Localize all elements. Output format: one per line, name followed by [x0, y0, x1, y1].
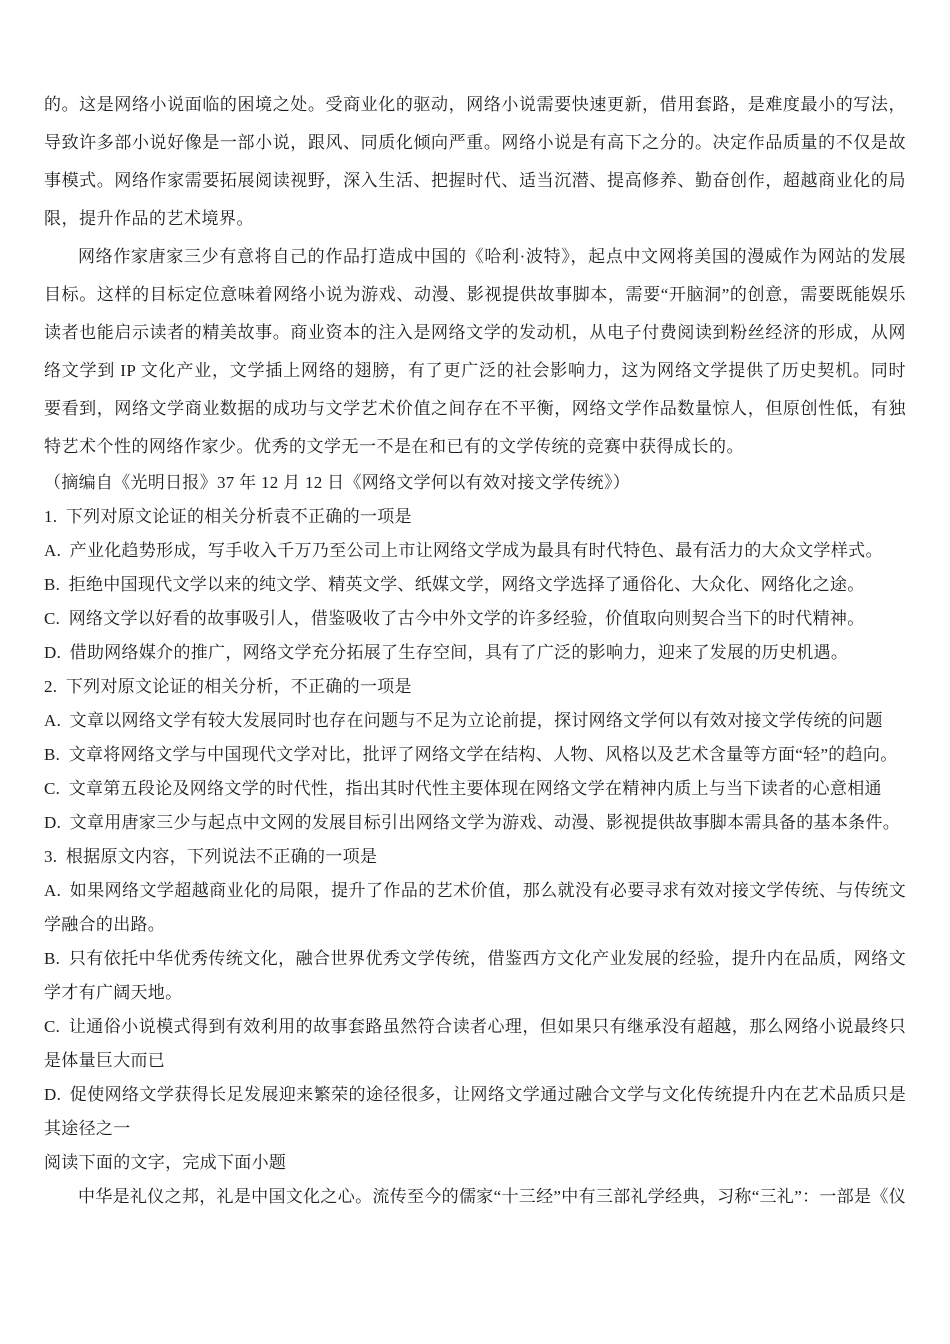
question-2-option-a: A.文章以网络文学有较大发展同时也存在问题与不足为立论前提，探讨网络文学何以有效… — [44, 704, 906, 738]
option-label: B. — [44, 575, 60, 594]
document-page: 的。这是网络小说面临的困境之处。受商业化的驱动，网络小说需要快速更新，借用套路，… — [0, 0, 950, 1344]
option-text: 如果网络文学超越商业化的局限，提升了作品的艺术价值，那么就没有必要寻求有效对接文… — [44, 881, 906, 934]
option-label: A. — [44, 881, 61, 900]
question-3-number: 3. — [44, 847, 57, 866]
option-text: 让通俗小说模式得到有效利用的故事套路虽然符合读者心理，但如果只有继承没有超越，那… — [44, 1017, 906, 1070]
question-2-option-c: C.文章第五段论及网络文学的时代性，指出其时代性主要体现在网络文学在精神内质上与… — [44, 772, 906, 806]
next-passage-first-line: 中华是礼仪之邦，礼是中国文化之心。流传至今的儒家“十三经”中有三部礼学经典，习称… — [44, 1180, 906, 1214]
question-2-number: 2. — [44, 677, 57, 696]
question-2-option-d: D.文章用唐家三少与起点中文网的发展目标引出网络文学为游戏、动漫、影视提供故事脚… — [44, 806, 906, 840]
option-label: B. — [44, 745, 60, 764]
question-3-text: 根据原文内容，下列说法不正确的一项是 — [66, 847, 377, 866]
option-text: 文章将网络文学与中国现代文学对比，批评了网络文学在结构、人物、风格以及艺术含量等… — [69, 745, 898, 764]
option-label: C. — [44, 779, 60, 798]
question-1-stem: 1.下列对原文论证的相关分析袁不正确的一项是 — [44, 500, 906, 534]
question-3-option-c: C.让通俗小说模式得到有效利用的故事套路虽然符合读者心理，但如果只有继承没有超越… — [44, 1010, 906, 1078]
question-1-option-a: A.产业化趋势形成，写手收入千万乃至公司上市让网络文学成为最具有时代特色、最有活… — [44, 534, 906, 568]
question-3-option-d: D.促使网络文学获得长足发展迎来繁荣的途径很多，让网络文学通过融合文学与文化传统… — [44, 1078, 906, 1146]
option-text: 拒绝中国现代文学以来的纯文学、精英文学、纸媒文学，网络文学选择了通俗化、大众化、… — [69, 575, 865, 594]
question-3-option-a: A.如果网络文学超越商业化的局限，提升了作品的艺术价值，那么就没有必要寻求有效对… — [44, 874, 906, 942]
question-3-stem: 3.根据原文内容，下列说法不正确的一项是 — [44, 840, 906, 874]
option-text: 文章以网络文学有较大发展同时也存在问题与不足为立论前提，探讨网络文学何以有效对接… — [70, 711, 883, 730]
option-text: 产业化趋势形成，写手收入千万乃至公司上市让网络文学成为最具有时代特色、最有活力的… — [70, 541, 883, 560]
question-1-number: 1. — [44, 507, 57, 526]
option-text: 文章用唐家三少与起点中文网的发展目标引出网络文学为游戏、动漫、影视提供故事脚本需… — [70, 813, 900, 832]
question-2-text: 下列对原文论证的相关分析，不正确的一项是 — [66, 677, 412, 696]
questions-section: （摘编自《光明日报》37 年 12 月 12 日《网络文学何以有效对接文学传统》… — [44, 466, 906, 1214]
reading-instruction: 阅读下面的文字，完成下面小题 — [44, 1146, 906, 1180]
option-text: 借助网络媒介的推广，网络文学充分拓展了生存空间，具有了广泛的影响力，迎来了发展的… — [70, 643, 849, 662]
option-label: D. — [44, 1085, 61, 1104]
option-label: B. — [44, 949, 60, 968]
option-label: D. — [44, 813, 61, 832]
question-1-option-c: C.网络文学以好看的故事吸引人，借鉴吸收了古今中外文学的许多经验，价值取向则契合… — [44, 602, 906, 636]
option-text: 只有依托中华优秀传统文化，融合世界优秀文学传统，借鉴西方文化产业发展的经验，提升… — [44, 949, 906, 1002]
option-label: A. — [44, 541, 61, 560]
option-text: 文章第五段论及网络文学的时代性，指出其时代性主要体现在网络文学在精神内质上与当下… — [69, 779, 882, 798]
question-2-stem: 2.下列对原文论证的相关分析，不正确的一项是 — [44, 670, 906, 704]
option-label: C. — [44, 609, 60, 628]
option-text: 网络文学以好看的故事吸引人，借鉴吸收了古今中外文学的许多经验，价值取向则契合当下… — [69, 609, 865, 628]
question-1-option-d: D.借助网络媒介的推广，网络文学充分拓展了生存空间，具有了广泛的影响力，迎来了发… — [44, 636, 906, 670]
option-label: A. — [44, 711, 61, 730]
option-label: C. — [44, 1017, 60, 1036]
question-2-option-b: B.文章将网络文学与中国现代文学对比，批评了网络文学在结构、人物、风格以及艺术含… — [44, 738, 906, 772]
option-label: D. — [44, 643, 61, 662]
source-attribution: （摘编自《光明日报》37 年 12 月 12 日《网络文学何以有效对接文学传统》… — [44, 466, 906, 500]
question-1-option-b: B.拒绝中国现代文学以来的纯文学、精英文学、纸媒文学，网络文学选择了通俗化、大众… — [44, 568, 906, 602]
question-1-text: 下列对原文论证的相关分析袁不正确的一项是 — [66, 507, 412, 526]
article-body: 的。这是网络小说面临的困境之处。受商业化的驱动，网络小说需要快速更新，借用套路，… — [44, 86, 906, 466]
paragraph-continuation: 的。这是网络小说面临的困境之处。受商业化的驱动，网络小说需要快速更新，借用套路，… — [44, 86, 906, 238]
question-3-option-b: B.只有依托中华优秀传统文化，融合世界优秀文学传统，借鉴西方文化产业发展的经验，… — [44, 942, 906, 1010]
option-text: 促使网络文学获得长足发展迎来繁荣的途径很多，让网络文学通过融合文学与文化传统提升… — [44, 1085, 906, 1138]
paragraph: 网络作家唐家三少有意将自己的作品打造成中国的《哈利·波特》，起点中文网将美国的漫… — [44, 238, 906, 466]
